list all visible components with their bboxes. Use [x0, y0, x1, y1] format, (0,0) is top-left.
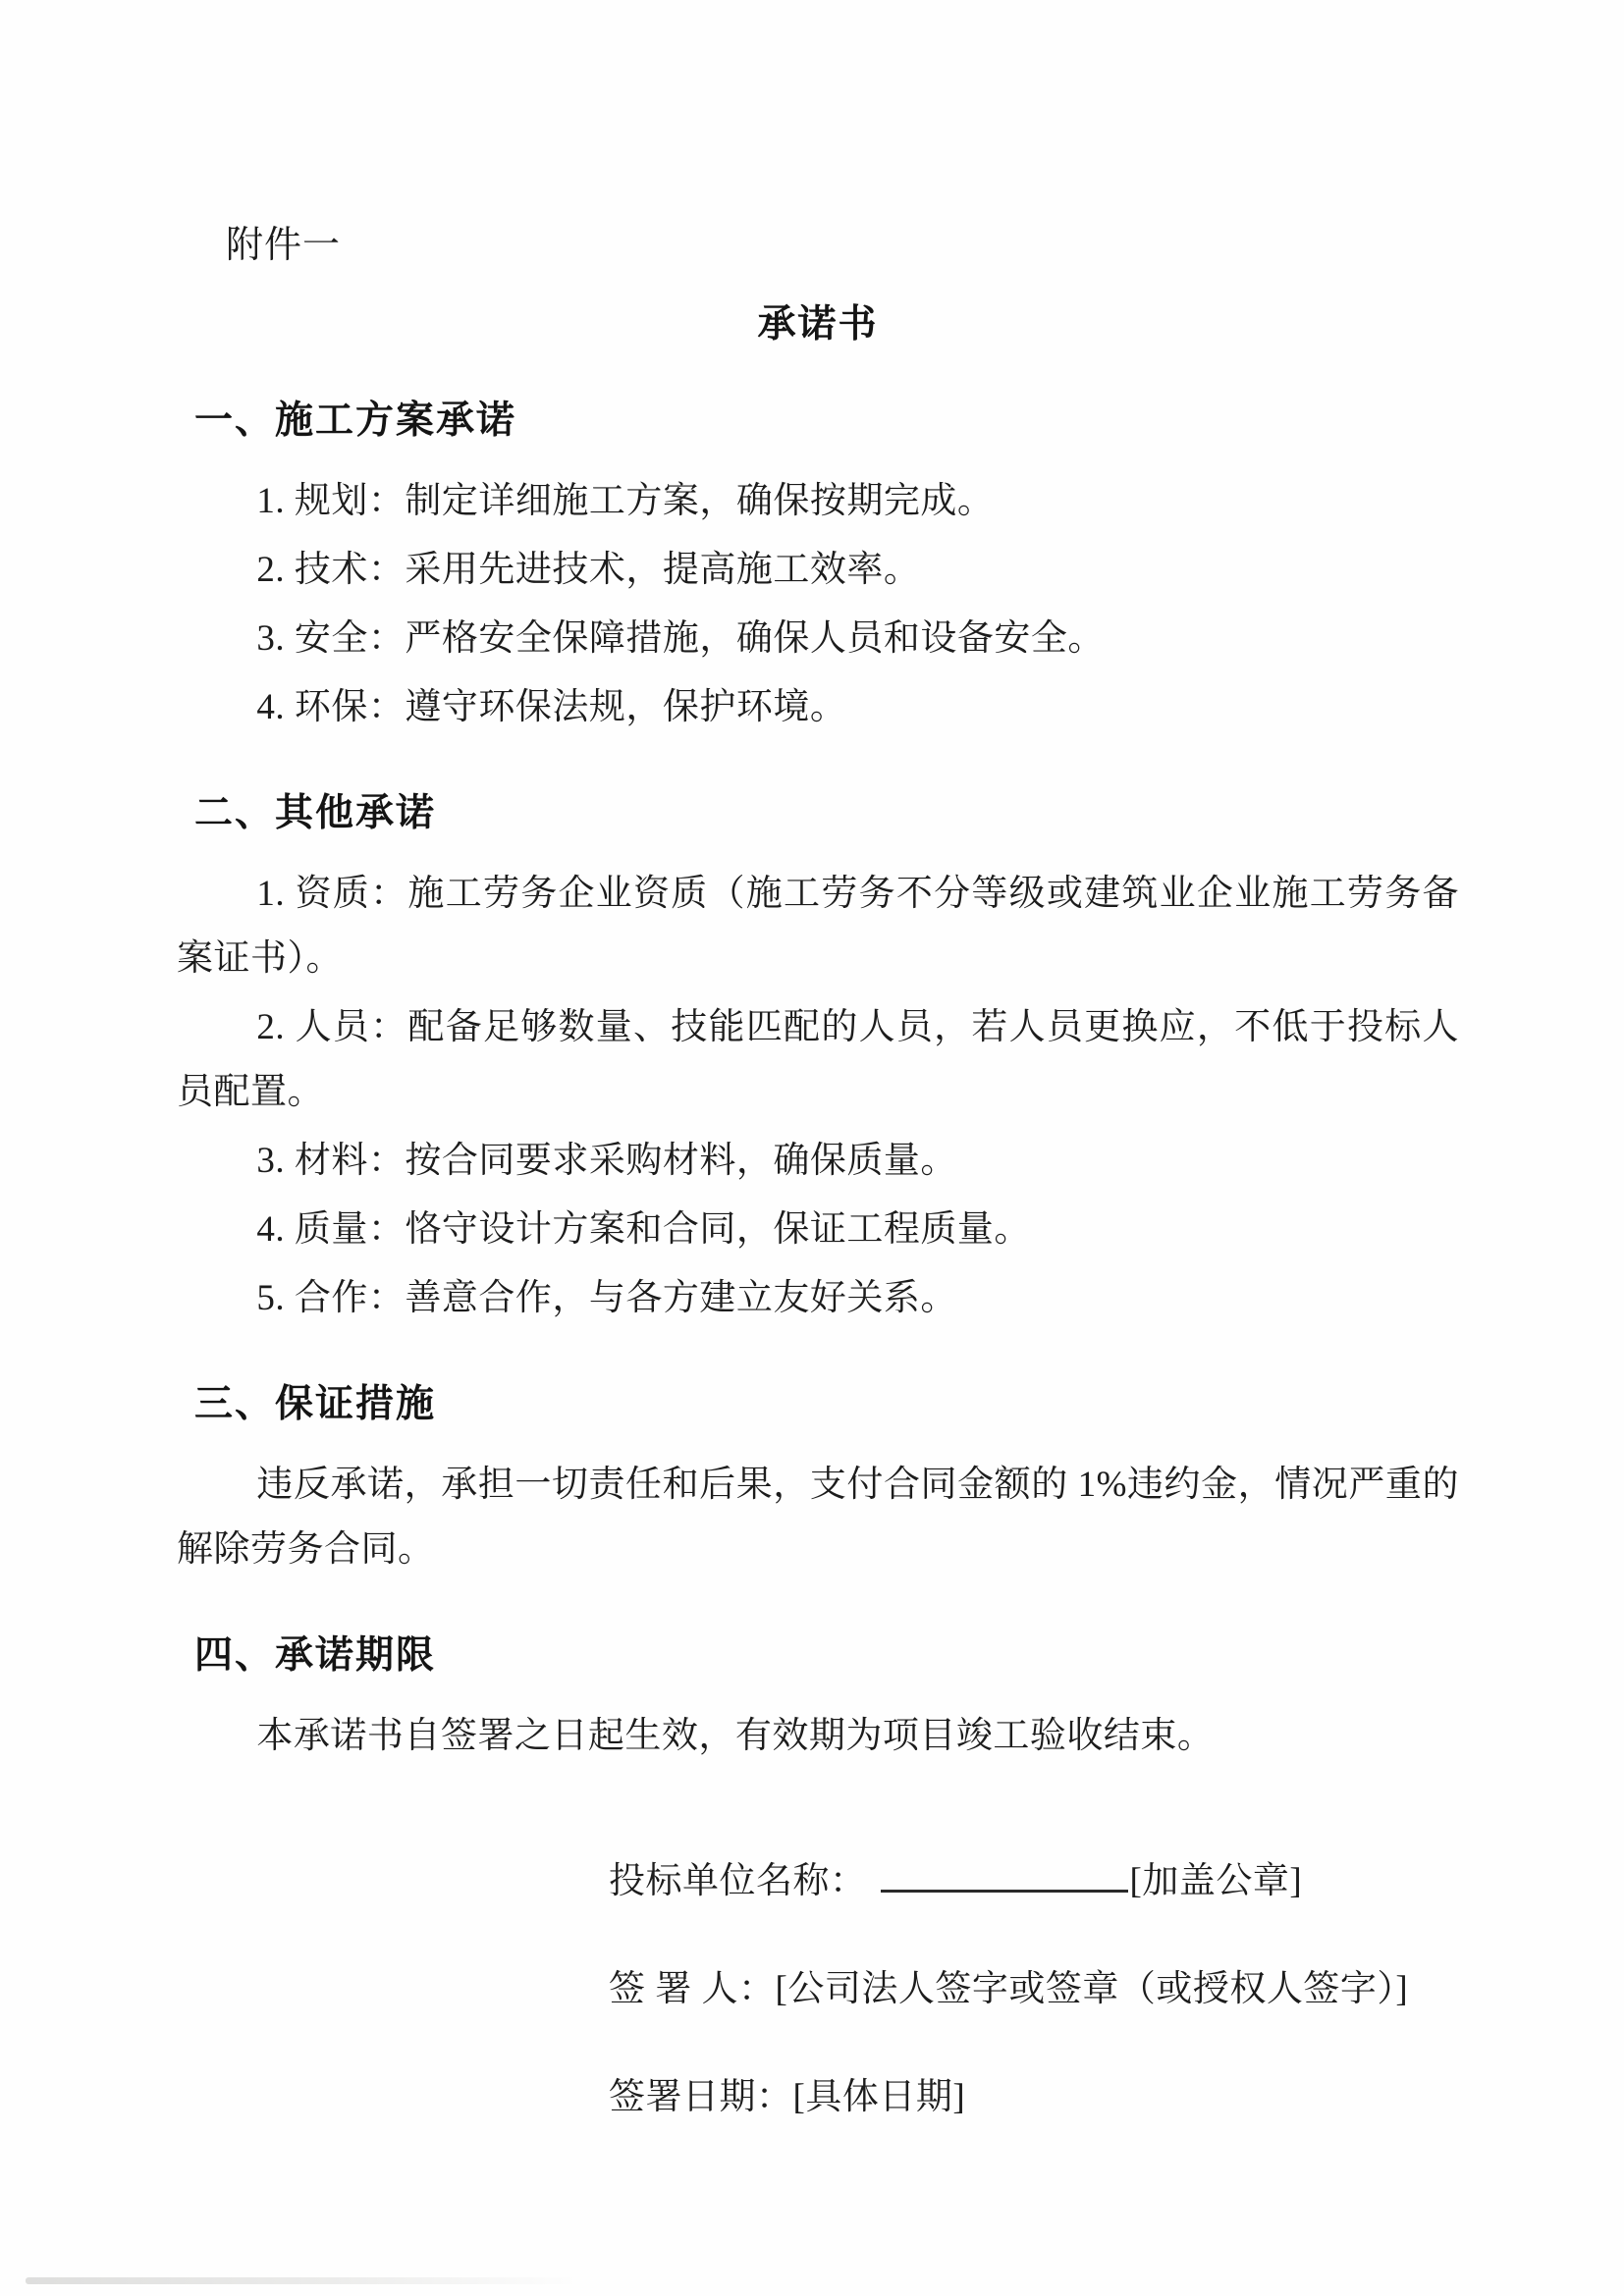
signer-label: 签 署 人： — [609, 1969, 776, 2009]
section3-paragraph: 违反承诺，承担一切责任和后果，支付合同金额的 1%违约金，情况严重的解除劳务合同… — [177, 1453, 1459, 1582]
section1-item-4: 4. 环保：遵守环保法规，保护环境。 — [177, 675, 1459, 740]
section2-item-1: 1. 资质：施工劳务企业资质（施工劳务不分等级或建筑业企业施工劳务备案证书）。 — [177, 862, 1459, 991]
signature-row-signer: 签 署 人：[公司法人签字或签章（或授权人签字）] — [609, 1957, 1459, 2022]
document-page: 附件一 承诺书 一、施工方案承诺 1. 规划：制定详细施工方案，确保按期完成。 … — [0, 0, 1624, 2296]
signature-row-date: 签署日期：[具体日期] — [609, 2065, 1459, 2130]
signature-row-bidder: 投标单位名称：[加盖公章] — [609, 1849, 1459, 1914]
signer-value: [公司法人签字或签章（或授权人签字）] — [776, 1969, 1409, 2009]
bidder-name-label: 投标单位名称： — [609, 1861, 867, 1901]
document-title: 承诺书 — [177, 302, 1459, 347]
section2-item-5: 5. 合作：善意合作，与各方建立友好关系。 — [177, 1266, 1459, 1331]
scan-artifact — [26, 2277, 580, 2284]
section2-item-3: 3. 材料：按合同要求采购材料，确保质量。 — [177, 1129, 1459, 1194]
sign-date-label: 签署日期： — [609, 2077, 793, 2117]
section2-item-4: 4. 质量：恪守设计方案和合同，保证工程质量。 — [177, 1198, 1459, 1262]
section1-item-2: 2. 技术：采用先进技术，提高施工效率。 — [177, 538, 1459, 603]
section-heading-4: 四、承诺期限 — [194, 1633, 1459, 1679]
sign-date-value: [具体日期] — [793, 2077, 966, 2117]
section1-item-1: 1. 规划：制定详细施工方案，确保按期完成。 — [177, 469, 1459, 534]
document-content: 附件一 承诺书 一、施工方案承诺 1. 规划：制定详细施工方案，确保按期完成。 … — [0, 0, 1624, 2130]
section-heading-2: 二、其他承诺 — [194, 791, 1459, 836]
section-heading-1: 一、施工方案承诺 — [194, 399, 1459, 444]
section-heading-3: 三、保证措施 — [194, 1382, 1459, 1427]
blank-underline — [881, 1851, 1128, 1893]
bidder-name-value: [加盖公章] — [1130, 1861, 1303, 1901]
section4-paragraph: 本承诺书自签署之日起生效，有效期为项目竣工验收结束。 — [177, 1704, 1459, 1769]
attachment-label: 附件一 — [226, 224, 1459, 267]
signature-block: 投标单位名称：[加盖公章] 签 署 人：[公司法人签字或签章（或授权人签字）] … — [609, 1849, 1459, 2130]
section1-item-3: 3. 安全：严格安全保障措施，确保人员和设备安全。 — [177, 607, 1459, 671]
section2-item-2: 2. 人员：配备足够数量、技能匹配的人员，若人员更换应，不低于投标人员配置。 — [177, 995, 1459, 1125]
